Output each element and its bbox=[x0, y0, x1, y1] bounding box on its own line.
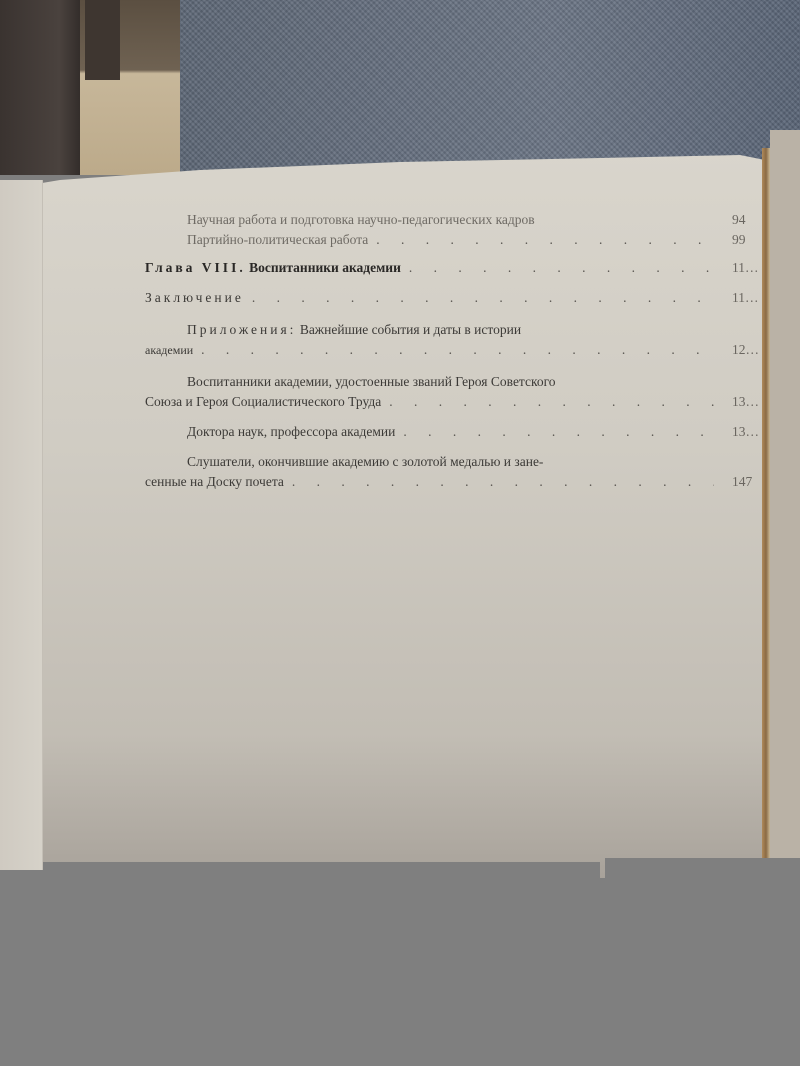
toc-leader: . . . . . . . . . . . . . . . . . . . . … bbox=[292, 474, 714, 490]
toc-entry: Слушатели, окончившие академию с золотой… bbox=[145, 454, 760, 494]
redacted-area-notch bbox=[605, 858, 800, 888]
toc-entry-title-line2: академии bbox=[145, 343, 193, 358]
toc-page-number: 11… bbox=[732, 290, 760, 306]
toc-entry-title: Научная работа и подготовка научно-педаг… bbox=[187, 212, 535, 228]
toc-page-number: 147 bbox=[732, 474, 760, 490]
toc-page-number: 13… bbox=[732, 394, 760, 410]
toc-entry-title-line1: Слушатели, окончившие академию с золотой… bbox=[187, 454, 543, 470]
toc-entry: Научная работа и подготовка научно-педаг… bbox=[145, 212, 760, 232]
chapter-label: Глава VIII. bbox=[145, 260, 246, 275]
toc-entry: Приложения: Важнейшие события и даты в и… bbox=[145, 322, 760, 362]
background-cloth bbox=[180, 0, 800, 175]
chapter-title: Воспитанники академии bbox=[249, 260, 401, 275]
facing-page-edge bbox=[770, 130, 800, 860]
toc-leader: . . . . . . . . . . . . . . . . . . . . … bbox=[403, 424, 714, 440]
toc-chapter-entry: Глава VIII. Воспитанники академии . . . … bbox=[145, 260, 760, 280]
toc-entry-title-line2: Союза и Героя Социалистического Труда bbox=[145, 394, 381, 410]
toc-page-number: 13… bbox=[732, 424, 760, 440]
toc-entry-title-line1: Воспитанники академии, удостоенные звани… bbox=[187, 374, 556, 390]
background-dark-object bbox=[0, 0, 85, 175]
appendix-label: Приложения: bbox=[187, 322, 296, 337]
toc-entry: Заключение . . . . . . . . . . . . . . .… bbox=[145, 290, 760, 310]
toc-leader: . . . . . . . . . . . . . . . . . . . . … bbox=[252, 290, 714, 306]
toc-entry: Партийно-политическая работа . . . . . .… bbox=[145, 232, 760, 252]
book-gutter bbox=[762, 148, 770, 860]
toc-leader: . . . . . . . . . . . . . . . . . . . . … bbox=[389, 394, 714, 410]
toc-page-number: 94 bbox=[732, 212, 760, 228]
toc-entry: Воспитанники академии, удостоенные звани… bbox=[145, 374, 760, 414]
toc-entry-title: Приложения: Важнейшие события и даты в и… bbox=[187, 322, 521, 338]
toc-leader: . . . . . . . . . . . . . . . . . . . . … bbox=[409, 260, 714, 276]
toc-entry-title: Партийно-политическая работа bbox=[187, 232, 368, 248]
toc-leader: . . . . . . . . . . . . . . . . . . . . … bbox=[201, 342, 714, 358]
page-stack-edge bbox=[0, 180, 43, 870]
toc-entry-title: Доктора наук, профессора академии bbox=[187, 424, 395, 440]
table-of-contents: Научная работа и подготовка научно-педаг… bbox=[145, 208, 760, 494]
toc-entry-title: Глава VIII. Воспитанники академии bbox=[145, 260, 401, 276]
toc-entry-title-line1: Важнейшие события и даты в истории bbox=[300, 322, 521, 337]
toc-page-number: 99 bbox=[732, 232, 760, 248]
redacted-area bbox=[0, 878, 800, 1066]
toc-entry-title: Заключение bbox=[145, 290, 244, 306]
toc-entry-title-line2: сенные на Доску почета bbox=[145, 474, 284, 490]
background-wood-shadow bbox=[85, 0, 120, 80]
toc-leader: . . . . . . . . . . . . . . . . . . . . … bbox=[376, 232, 714, 248]
toc-page-number: 11… bbox=[732, 260, 760, 276]
toc-page-number: 12… bbox=[732, 342, 760, 358]
toc-entry: Доктора наук, профессора академии . . . … bbox=[145, 424, 760, 444]
